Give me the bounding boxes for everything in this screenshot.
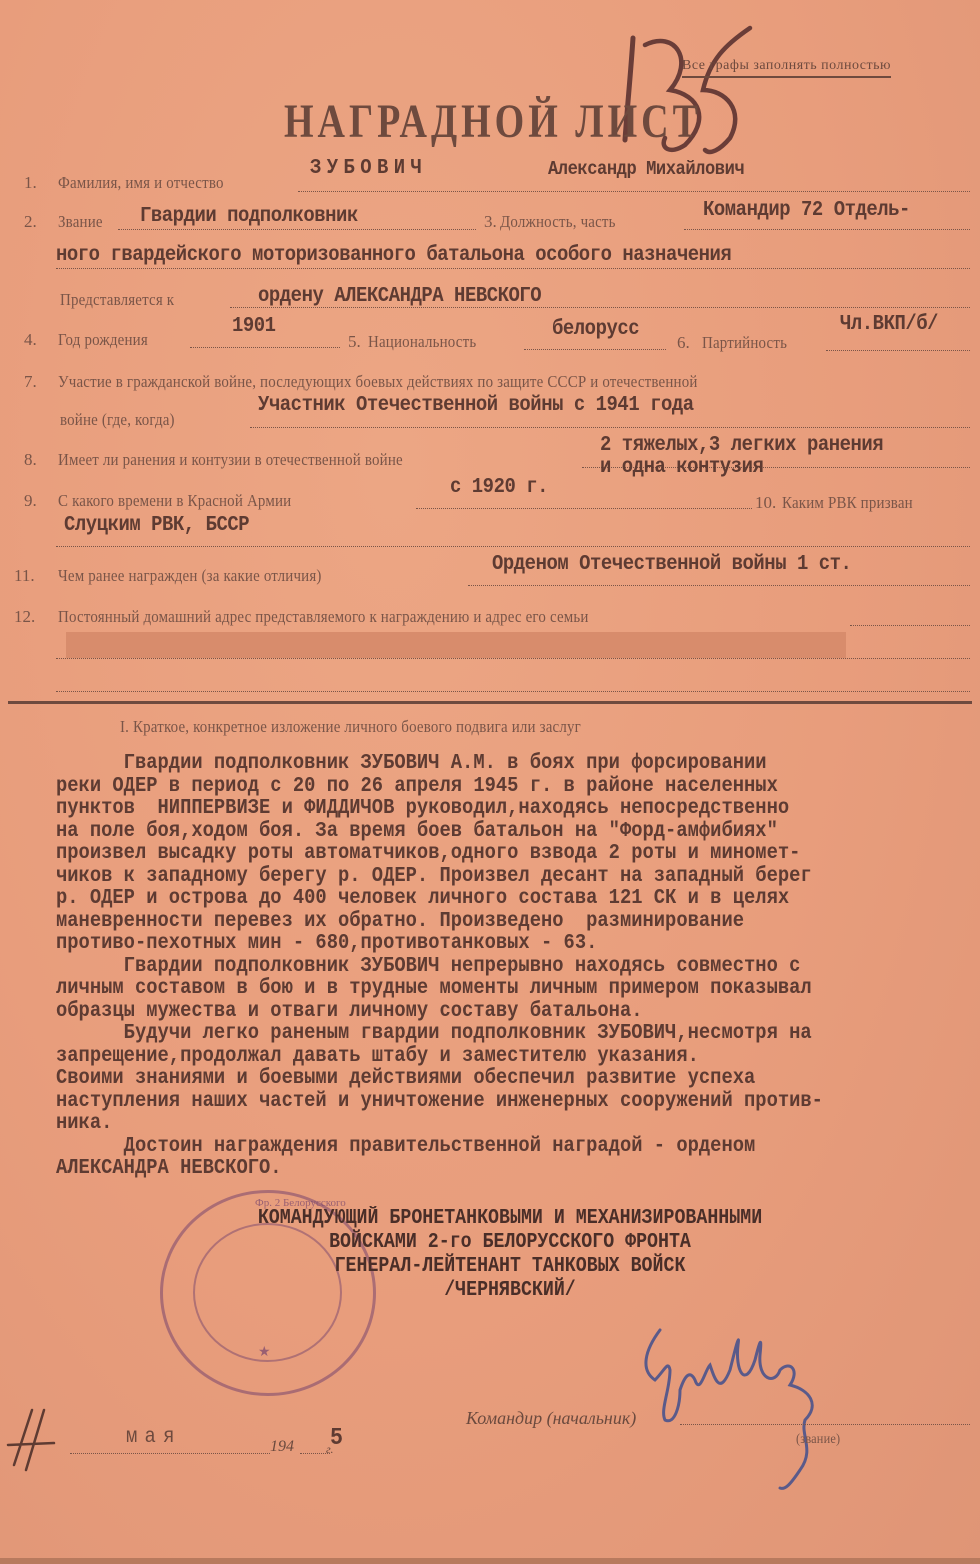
signature-block: КОМАНДУЮЩИЙ БРОНЕТАНКОВЫМИ И МЕХАНИЗИРОВ… bbox=[188, 1207, 832, 1303]
narrative-text: Гвардии подполковник ЗУБОВИЧ А.М. в боях… bbox=[56, 753, 823, 1181]
field-8-number: 8. bbox=[24, 450, 37, 470]
field-4-value: 1901 bbox=[232, 315, 276, 338]
field-2-label: Звание bbox=[58, 212, 103, 232]
field-12-line-3 bbox=[56, 691, 970, 692]
section-separator bbox=[8, 701, 972, 704]
date-g: г. bbox=[326, 1442, 334, 1457]
section-heading: I. Краткое, конкретное изложение личного… bbox=[120, 717, 581, 737]
signature-block-line: /ЧЕРНЯВСКИЙ/ bbox=[188, 1279, 832, 1303]
field-8-value-1: 2 тяжелых,3 легких ранения bbox=[600, 434, 883, 457]
redacted-address bbox=[66, 632, 846, 658]
narrative-line: маневренности перевез их обратно. Произв… bbox=[56, 911, 823, 934]
field-12-label: Постоянный домашний адрес представляемог… bbox=[58, 607, 589, 627]
field-8-value-2: и одна контузия bbox=[600, 456, 763, 479]
signature-block-line: ВОЙСКАМИ 2-го БЕЛОРУССКОГО ФРОНТА bbox=[188, 1231, 832, 1255]
narrative-line: образцы мужества и отваги личному состав… bbox=[56, 1001, 823, 1024]
field-3-line-2 bbox=[56, 268, 970, 269]
field-1-label: Фамилия, имя и отчество bbox=[58, 173, 224, 193]
field-1-line bbox=[298, 191, 970, 192]
narrative-line: Достоин награждения правительственной на… bbox=[56, 1136, 823, 1159]
field-9-line bbox=[416, 508, 752, 509]
narrative-line: Гвардии подполковник ЗУБОВИЧ А.М. в боях… bbox=[56, 753, 823, 776]
field-6-line bbox=[826, 350, 970, 351]
field-3-number: 3. bbox=[484, 212, 497, 232]
handwritten-day bbox=[4, 1405, 64, 1475]
field-3-value-1: Командир 72 Отдель- bbox=[703, 199, 910, 222]
narrative-line: Своими знаниями и боевыми действиями обе… bbox=[56, 1068, 823, 1091]
date-month-line bbox=[70, 1453, 270, 1454]
field-11-line bbox=[468, 585, 970, 586]
field-7-line bbox=[250, 427, 970, 428]
field-6-number: 6. bbox=[677, 333, 690, 353]
field-1-number: 1. bbox=[24, 173, 37, 193]
field-6-label: Партийность bbox=[702, 333, 787, 353]
field-4-line bbox=[190, 347, 340, 348]
field-3-value-2: ного гвардейского моторизованного баталь… bbox=[56, 244, 731, 267]
narrative-line: наступления наших частей и уничтожение и… bbox=[56, 1091, 823, 1114]
document-title: НАГРАДНОЙ ЛИСТ bbox=[284, 95, 702, 150]
field-4-number: 4. bbox=[24, 330, 37, 350]
field-1-name: Александр Михайлович bbox=[548, 158, 744, 180]
field-11-number: 11. bbox=[14, 566, 35, 586]
narrative-line: личным составом в бою и в трудные момент… bbox=[56, 978, 823, 1001]
narrative-line: реки ОДЕР в период с 20 по 26 апреля 194… bbox=[56, 776, 823, 799]
field-10-number: 10. bbox=[755, 493, 776, 513]
field-9-number: 9. bbox=[24, 491, 37, 511]
field-11-value: Орденом Отечественной войны 1 ст. bbox=[492, 553, 851, 576]
field-12-number: 12. bbox=[14, 607, 35, 627]
field-3-label: Должность, часть bbox=[500, 212, 616, 232]
field-6-value: Чл.ВКП/б/ bbox=[840, 313, 938, 336]
field-12-line bbox=[850, 625, 970, 626]
field-9-value: с 1920 г. bbox=[450, 476, 548, 499]
field-7-label-1: Участие в гражданской войне, последующих… bbox=[58, 372, 698, 392]
presented-label: Представляется к bbox=[60, 290, 174, 310]
signature-block-line: ГЕНЕРАЛ-ЛЕЙТЕНАНТ ТАНКОВЫХ ВОЙСК bbox=[188, 1255, 832, 1279]
narrative-line: запрещение,продолжал давать штабу и заме… bbox=[56, 1046, 823, 1069]
commander-label: Командир (начальник) bbox=[466, 1408, 636, 1429]
field-4-label: Год рождения bbox=[58, 330, 148, 350]
date-year-prefix: 194 bbox=[270, 1438, 294, 1456]
fill-all-fields-note: Все графы заполнять полностью bbox=[682, 58, 891, 78]
field-2-line bbox=[118, 229, 476, 230]
narrative-line: ника. bbox=[56, 1113, 823, 1136]
field-7-number: 7. bbox=[24, 372, 37, 392]
field-2-value: Гвардии подполковник bbox=[140, 205, 358, 228]
field-7-value: Участник Отечественной войны с 1941 года bbox=[258, 394, 694, 417]
narrative-line: противо-пехотных мин - 680,противотанков… bbox=[56, 933, 823, 956]
field-1-surname: ЗУБОВИЧ bbox=[310, 157, 427, 180]
presented-value: ордену АЛЕКСАНДРА НЕВСКОГО bbox=[258, 285, 541, 308]
narrative-line: Будучи легко раненым гвардии подполковни… bbox=[56, 1023, 823, 1046]
field-11-label: Чем ранее награжден (за какие отличия) bbox=[58, 566, 322, 586]
field-8-label: Имеет ли ранения и контузии в отечествен… bbox=[58, 450, 403, 470]
narrative-line: пунктов НИППЕРВИЗЕ и ФИДДИЧОВ руководил,… bbox=[56, 798, 823, 821]
commander-line bbox=[680, 1424, 970, 1425]
narrative-line: произвел высадку роты автоматчиков,одног… bbox=[56, 843, 823, 866]
field-10-value: Слуцким РВК, БССР bbox=[64, 514, 249, 537]
field-3-line bbox=[684, 229, 970, 230]
field-7-label-2: войне (где, когда) bbox=[60, 410, 175, 430]
narrative-line: чиков к западному берегу р. ОДЕР. Произв… bbox=[56, 866, 823, 889]
stamp-star-icon: ★ bbox=[258, 1343, 271, 1360]
signature-block-line: КОМАНДУЮЩИЙ БРОНЕТАНКОВЫМИ И МЕХАНИЗИРОВ… bbox=[188, 1207, 832, 1231]
field-5-label: Национальность bbox=[368, 332, 476, 352]
field-10-line bbox=[56, 546, 970, 547]
page-bottom-edge bbox=[0, 1558, 980, 1564]
rank-caption: (звание) bbox=[796, 1432, 840, 1448]
field-12-line-2 bbox=[56, 658, 970, 659]
narrative-line: р. ОДЕР и острова до 400 человек личного… bbox=[56, 888, 823, 911]
field-2-number: 2. bbox=[24, 212, 37, 232]
field-9-label: С какого времени в Красной Армии bbox=[58, 491, 291, 511]
handwritten-signature bbox=[640, 1310, 900, 1490]
narrative-line: Гвардии подполковник ЗУБОВИЧ непрерывно … bbox=[56, 956, 823, 979]
narrative-line: АЛЕКСАНДРА НЕВСКОГО. bbox=[56, 1158, 823, 1181]
field-5-value: белорусс bbox=[552, 318, 639, 341]
date-month: мая bbox=[126, 1426, 182, 1449]
field-5-line bbox=[524, 349, 666, 350]
field-5-number: 5. bbox=[348, 332, 361, 352]
field-10-label: Каким РВК призван bbox=[782, 493, 913, 513]
narrative-line: на поле боя,ходом боя. За время боев бат… bbox=[56, 821, 823, 844]
